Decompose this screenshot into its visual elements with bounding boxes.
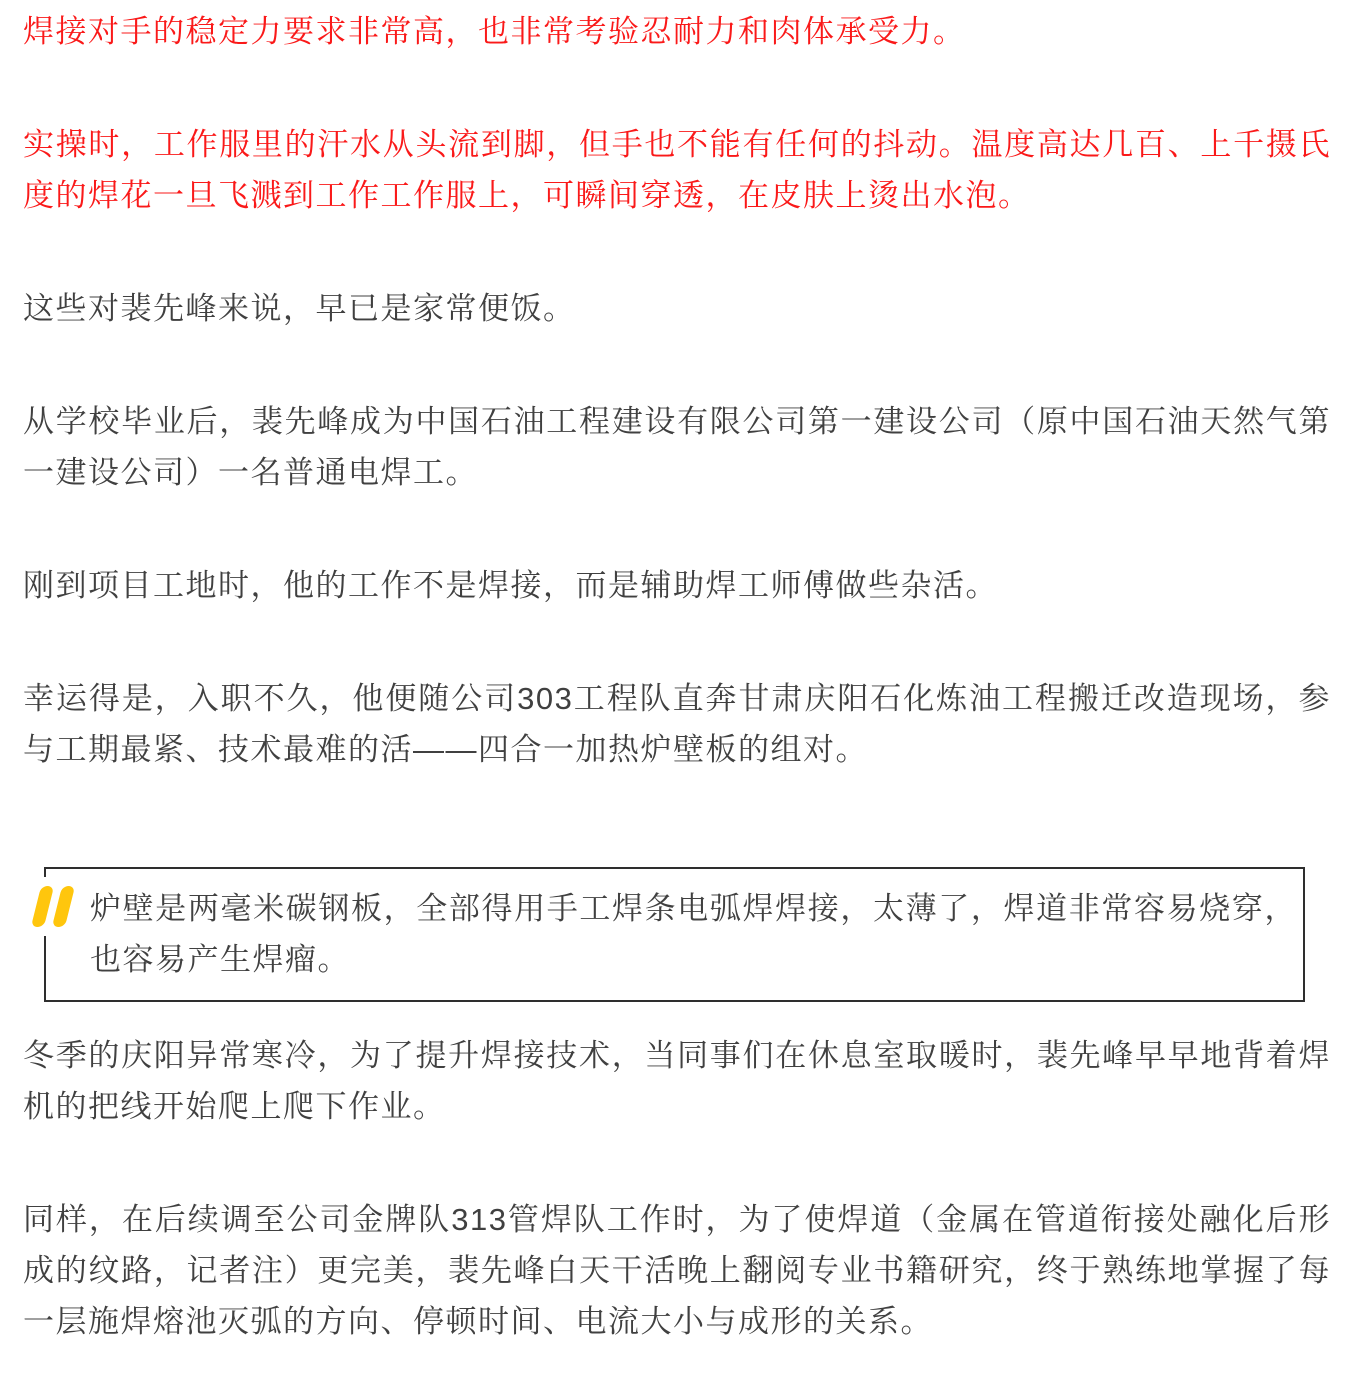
quote-bar	[31, 886, 54, 927]
quote-text: 炉壁是两毫米碳钢板，全部得用手工焊条电弧焊焊接，太薄了，焊道非常容易烧穿，也容易…	[90, 883, 1297, 985]
highlighted-paragraph: 焊接对手的稳定力要求非常高，也非常考验忍耐力和肉体承受力。	[23, 6, 1331, 57]
article-paragraph: 刚到项目工地时，他的工作不是焊接，而是辅助焊工师傅做些杂活。	[23, 560, 1331, 611]
article-paragraph: 同样，在后续调至公司金牌队313管焊队工作时，为了使焊道（金属在管道衔接处融化后…	[23, 1194, 1331, 1347]
quote-block: 炉壁是两毫米碳钢板，全部得用手工焊条电弧焊焊接，太薄了，焊道非常容易烧穿，也容易…	[44, 867, 1305, 1002]
article-body: 焊接对手的稳定力要求非常高，也非常考验忍耐力和肉体承受力。 实操时，工作服里的汗…	[0, 0, 1370, 1400]
highlighted-paragraph: 实操时，工作服里的汗水从头流到脚，但手也不能有任何的抖动。温度高达几百、上千摄氏…	[23, 119, 1331, 221]
article-paragraph: 从学校毕业后，裴先峰成为中国石油工程建设有限公司第一建设公司（原中国石油天然气第…	[23, 396, 1331, 498]
article-paragraph: 幸运得是，入职不久，他便随公司303工程队直奔甘肃庆阳石化炼油工程搬迁改造现场，…	[23, 673, 1331, 775]
quote-bar	[52, 886, 75, 927]
article-paragraph: 这些对裴先峰来说，早已是家常便饭。	[23, 283, 1331, 334]
article-paragraph: 冬季的庆阳异常寒冷，为了提升焊接技术，当同事们在休息室取暖时，裴先峰早早地背着焊…	[23, 1030, 1331, 1132]
double-quote-icon	[30, 877, 76, 936]
